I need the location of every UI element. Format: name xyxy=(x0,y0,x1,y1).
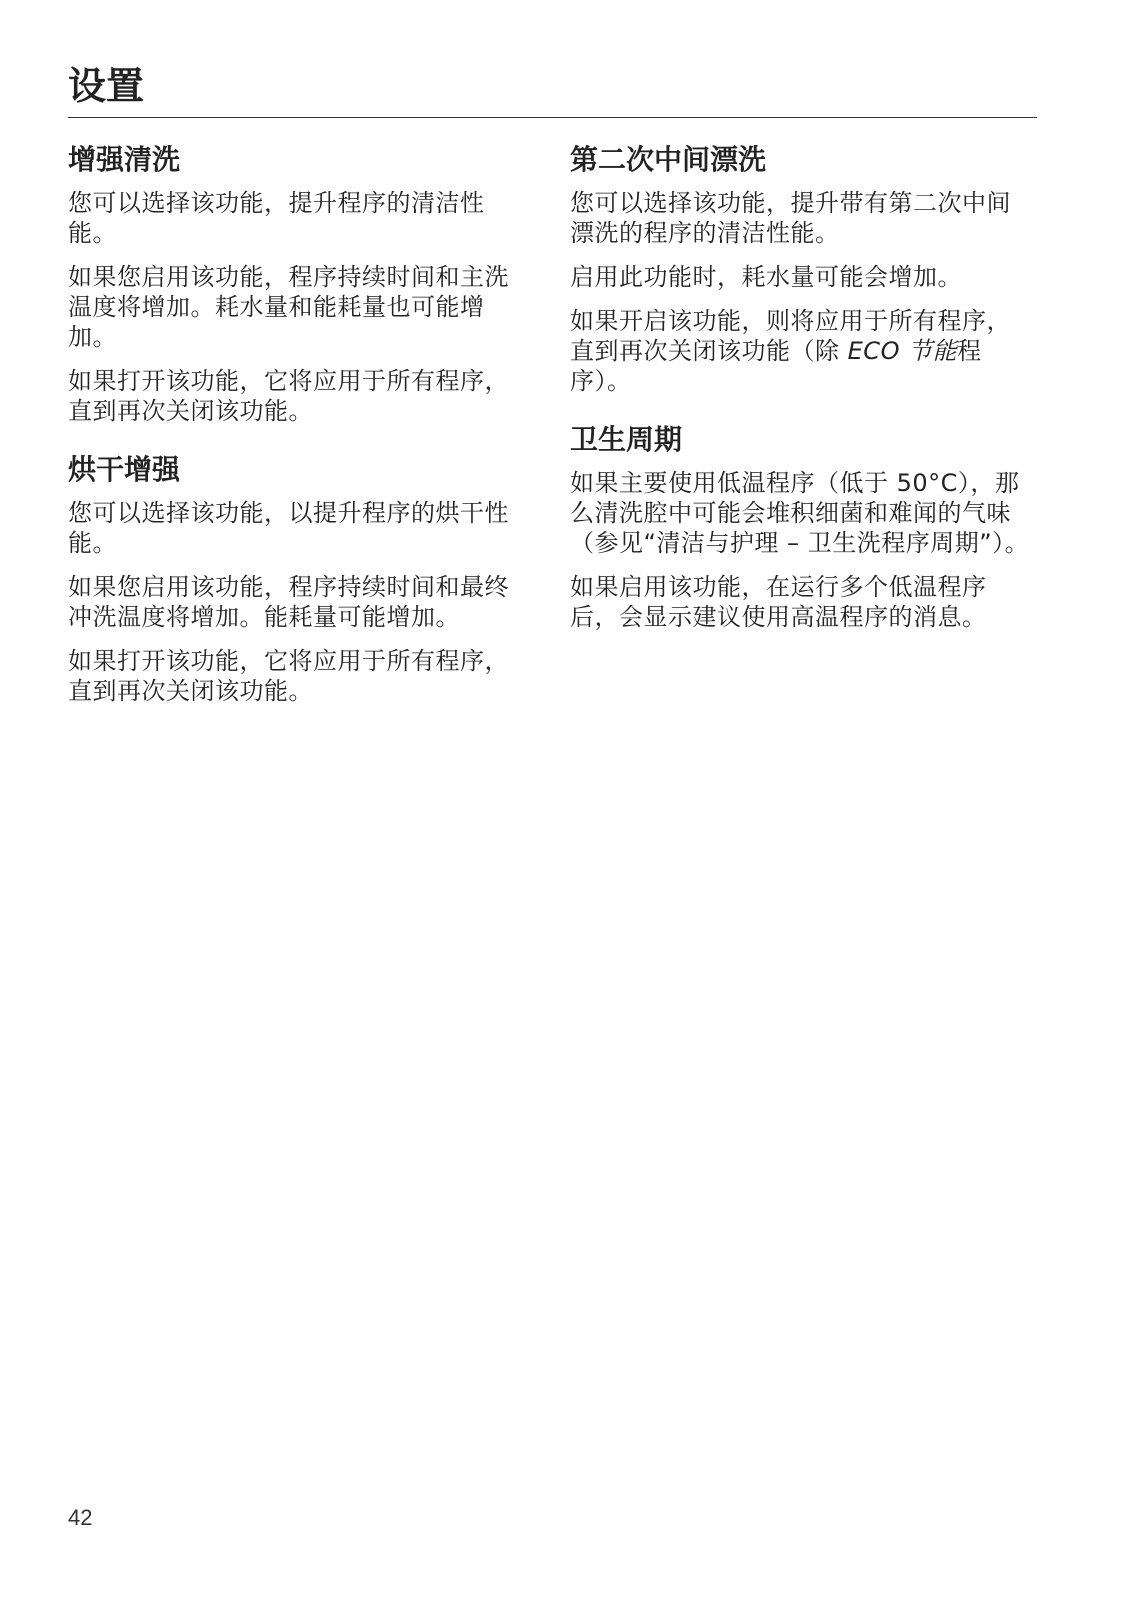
paragraph: 如果您启用该功能，程序持续时间和主洗温度将增加。耗水量和能耗量也可能增加。 xyxy=(68,262,528,352)
section-heading: 增强清洗 xyxy=(68,142,528,178)
paragraph: 您可以选择该功能，以提升程序的烘干性能。 xyxy=(68,498,528,558)
section-heading: 第二次中间漂洗 xyxy=(570,142,1030,178)
section-hygiene-cycle: 卫生周期 如果主要使用低温程序（低于 50°C），那么清洗腔中可能会堆积细菌和难… xyxy=(570,422,1030,632)
paragraph: 您可以选择该功能，提升程序的清洁性能。 xyxy=(68,188,528,248)
section-drying-boost: 烘干增强 您可以选择该功能，以提升程序的烘干性能。 如果您启用该功能，程序持续时… xyxy=(68,452,528,706)
section-enhanced-cleaning: 增强清洗 您可以选择该功能，提升程序的清洁性能。 如果您启用该功能，程序持续时间… xyxy=(68,142,528,426)
paragraph: 如果主要使用低温程序（低于 50°C），那么清洗腔中可能会堆积细菌和难闻的气味（… xyxy=(570,468,1030,558)
section-heading: 烘干增强 xyxy=(68,452,528,488)
right-column: 第二次中间漂洗 您可以选择该功能，提升带有第二次中间漂洗的程序的清洁性能。 启用… xyxy=(570,142,1030,658)
page-number: 42 xyxy=(68,1505,92,1531)
paragraph: 如果打开该功能，它将应用于所有程序，直到再次关闭该功能。 xyxy=(68,646,528,706)
paragraph: 您可以选择该功能，提升带有第二次中间漂洗的程序的清洁性能。 xyxy=(570,188,1030,248)
page-title: 设置 xyxy=(68,62,144,110)
paragraph: 如果启用该功能，在运行多个低温程序后，会显示建议使用高温程序的消息。 xyxy=(570,572,1030,632)
paragraph: 启用此功能时，耗水量可能会增加。 xyxy=(570,262,1030,292)
paragraph: 如果打开该功能，它将应用于所有程序，直到再次关闭该功能。 xyxy=(68,366,528,426)
section-heading: 卫生周期 xyxy=(570,422,1030,458)
paragraph: 如果您启用该功能，程序持续时间和最终冲洗温度将增加。能耗量可能增加。 xyxy=(68,572,528,632)
section-second-intermediate-rinse: 第二次中间漂洗 您可以选择该功能，提升带有第二次中间漂洗的程序的清洁性能。 启用… xyxy=(570,142,1030,396)
paragraph: 如果开启该功能，则将应用于所有程序，直到再次关闭该功能（除 ECO 节能程序）。 xyxy=(570,306,1030,396)
left-column: 增强清洗 您可以选择该功能，提升程序的清洁性能。 如果您启用该功能，程序持续时间… xyxy=(68,142,528,732)
eco-program-name: ECO 节能 xyxy=(848,337,957,365)
header-divider xyxy=(68,117,1037,118)
